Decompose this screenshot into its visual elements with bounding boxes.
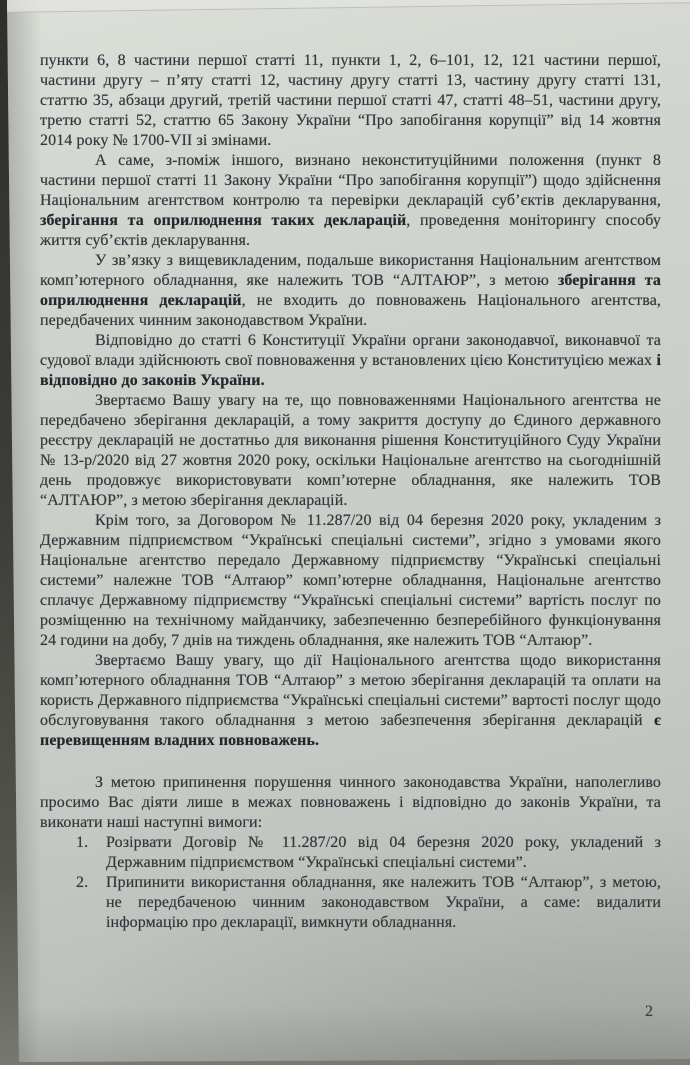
text-segment: Крім того, за Договором № 11.287/20 від …: [40, 512, 661, 649]
paragraph: Крім того, за Договором № 11.287/20 від …: [40, 511, 661, 651]
document-page: пункти 6, 8 частини першої статті 11, пу…: [0, 0, 690, 1065]
page-top-edge: [0, 0, 690, 13]
paragraph: Звертаємо Вашу увагу на те, що повноваже…: [40, 391, 661, 511]
list-item-number: 1.: [76, 833, 88, 853]
paragraph: У зв’язку з вищевикладеним, подальше вик…: [40, 251, 661, 331]
list-item-number: 2.: [76, 873, 88, 893]
list-item: 2.Припинити використання обладнання, яке…: [106, 873, 661, 933]
paragraph: пункти 6, 8 частини першої статті 11, пу…: [40, 51, 661, 151]
paragraph: Звертаємо Вашу увагу, що дії Національно…: [40, 651, 661, 751]
list-item: 1.Розірвати Договір № 11.287/20 від 04 б…: [106, 833, 661, 873]
text-segment: Звертаємо Вашу увагу, що дії Національно…: [40, 652, 661, 729]
text-segment: Припинити використання обладнання, яке н…: [106, 874, 661, 931]
text-segment: З метою припинення порушення чинного зак…: [40, 774, 661, 831]
text-segment: Звертаємо Вашу увагу на те, що повноваже…: [40, 392, 661, 509]
document-body: пункти 6, 8 частини першої статті 11, пу…: [40, 51, 661, 933]
text-segment: пункти 6, 8 частини першої статті 11, пу…: [40, 52, 661, 149]
text-segment: Відповідно до статті 6 Конституції Украї…: [40, 332, 661, 369]
bold-text-segment: зберігання та оприлюднення таких деклара…: [40, 212, 406, 229]
scanned-page: пункти 6, 8 частини першої статті 11, пу…: [0, 0, 690, 1065]
paragraph: А саме, з-поміж іншого, визнано неконсти…: [40, 151, 661, 251]
paragraph: Відповідно до статті 6 Конституції Украї…: [40, 331, 661, 391]
text-segment: А саме, з-поміж іншого, визнано неконсти…: [40, 152, 661, 209]
page-number: 2: [645, 1003, 653, 1021]
paragraph: З метою припинення порушення чинного зак…: [40, 773, 661, 833]
text-segment: Розірвати Договір № 11.287/20 від 04 бер…: [106, 834, 661, 871]
